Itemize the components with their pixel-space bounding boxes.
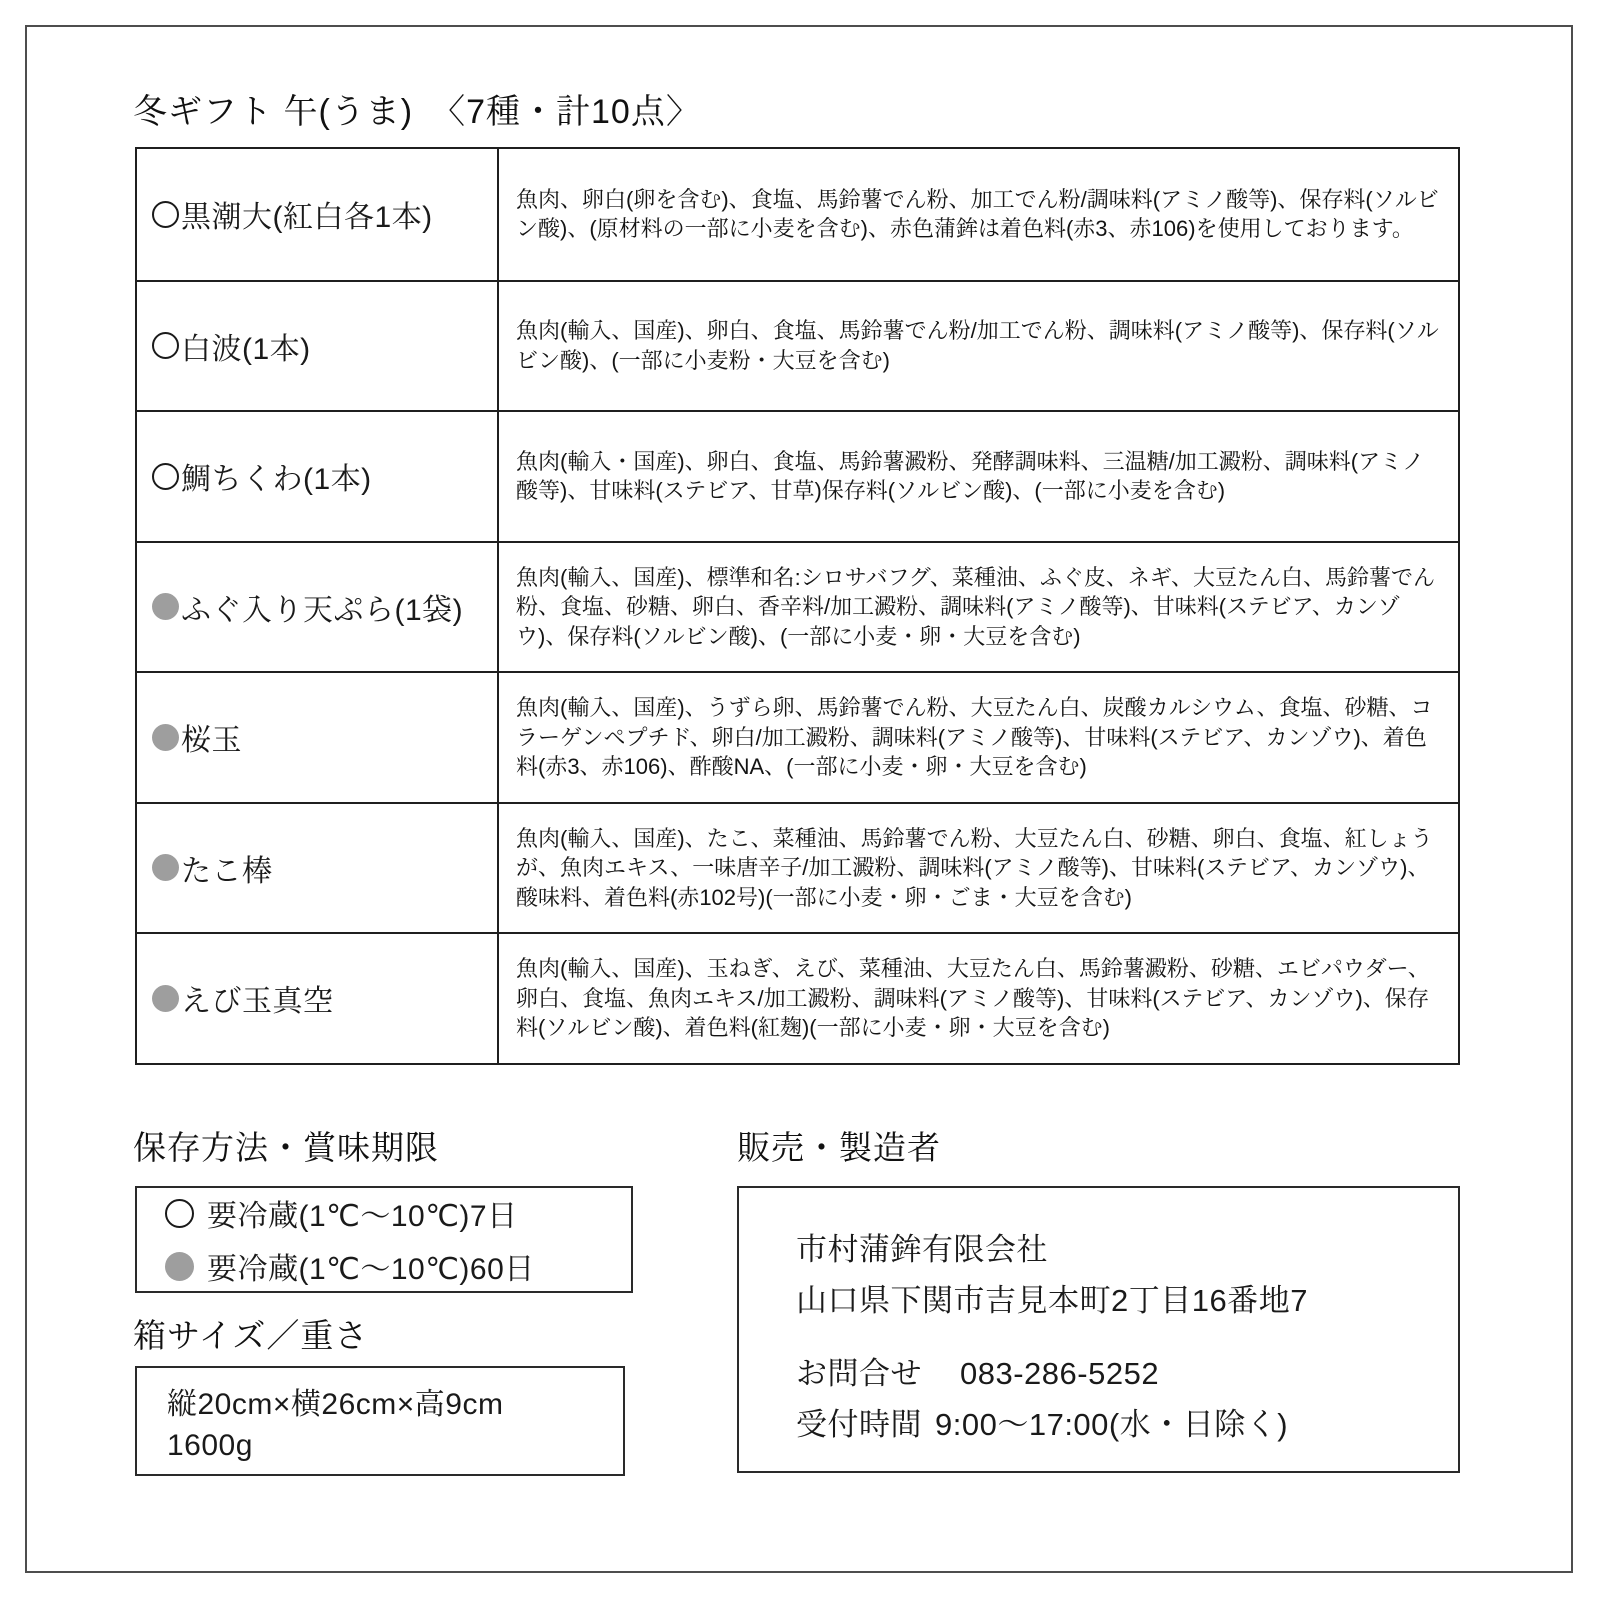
storage-type-bullet-icon	[152, 463, 179, 490]
storage-type-bullet-icon	[152, 201, 179, 228]
box-size-box: 縦20cm×横26cm×高9cm 1600g	[135, 1366, 625, 1476]
product-ingredients: 魚肉、卵白(卵を含む)、食塩、馬鈴薯でん粉、加工でん粉/調味料(アミノ酸等)、保…	[516, 185, 1442, 244]
product-name-cell: 鯛ちくわ(1本)	[137, 412, 497, 541]
product-table: 黒潮大(紅白各1本) 魚肉、卵白(卵を含む)、食塩、馬鈴薯でん粉、加工でん粉/調…	[135, 147, 1460, 1065]
product-ingredients-cell: 魚肉、卵白(卵を含む)、食塩、馬鈴薯でん粉、加工でん粉/調味料(アミノ酸等)、保…	[497, 149, 1458, 280]
product-ingredients-cell: 魚肉(輸入、国産)、玉ねぎ、えび、菜種油、大豆たん白、馬鈴薯澱粉、砂糖、エビパウ…	[497, 934, 1458, 1063]
product-ingredients: 魚肉(輸入、国産)、うずら卵、馬鈴薯でん粉、大豆たん白、炭酸カルシウム、食塩、砂…	[516, 693, 1442, 782]
contact-phone: 083-286-5252	[960, 1348, 1159, 1399]
product-name: えび玉真空	[181, 976, 334, 1020]
product-ingredients-cell: 魚肉(輸入、国産)、たこ、菜種油、馬鈴薯でん粉、大豆たん白、砂糖、卵白、食塩、紅…	[497, 804, 1458, 933]
table-row: 鯛ちくわ(1本) 魚肉(輸入・国産)、卵白、食塩、馬鈴薯澱粉、発酵調味料、三温糖…	[137, 410, 1458, 541]
contact-line: お問合せ 083-286-5252	[796, 1348, 1438, 1399]
table-row: 桜玉 魚肉(輸入、国産)、うずら卵、馬鈴薯でん粉、大豆たん白、炭酸カルシウム、食…	[137, 671, 1458, 802]
product-name-cell: えび玉真空	[137, 934, 497, 1063]
product-ingredients-cell: 魚肉(輸入、国産)、卵白、食塩、馬鈴薯でん粉/加工でん粉、調味料(アミノ酸等)、…	[497, 282, 1458, 411]
seller-section-heading: 販売・製造者	[737, 1122, 941, 1169]
product-name-cell: 白波(1本)	[137, 282, 497, 411]
hours-line: 受付時間 9:00〜17:00(水・日除く)	[796, 1399, 1438, 1450]
box-dimensions: 縦20cm×横26cm×高9cm	[167, 1379, 623, 1423]
storage-type-bullet-icon	[152, 985, 179, 1012]
product-name: ふぐ入り天ぷら(1袋)	[181, 585, 463, 629]
storage-item: 要冷蔵(1℃〜10℃)7日	[165, 1191, 631, 1235]
product-name: 白波(1本)	[181, 324, 311, 368]
refrigerated-7day-bullet-icon	[165, 1199, 194, 1228]
table-row: たこ棒 魚肉(輸入、国産)、たこ、菜種油、馬鈴薯でん粉、大豆たん白、砂糖、卵白、…	[137, 802, 1458, 933]
product-name-cell: ふぐ入り天ぷら(1袋)	[137, 543, 497, 672]
product-ingredients-cell: 魚肉(輸入・国産)、卵白、食塩、馬鈴薯澱粉、発酵調味料、三温糖/加工澱粉、調味料…	[497, 412, 1458, 541]
product-name-cell: 桜玉	[137, 673, 497, 802]
hours-label: 受付時間	[796, 1399, 922, 1450]
storage-box: 要冷蔵(1℃〜10℃)7日 要冷蔵(1℃〜10℃)60日	[135, 1186, 633, 1293]
company-name: 市村蒲鉾有限会社	[796, 1224, 1438, 1275]
product-name: 桜玉	[181, 715, 242, 759]
refrigerated-60day-bullet-icon	[165, 1252, 194, 1281]
product-ingredients: 魚肉(輸入、国産)、玉ねぎ、えび、菜種油、大豆たん白、馬鈴薯澱粉、砂糖、エビパウ…	[516, 954, 1442, 1043]
product-name-cell: 黒潮大(紅白各1本)	[137, 149, 497, 280]
table-row: 白波(1本) 魚肉(輸入、国産)、卵白、食塩、馬鈴薯でん粉/加工でん粉、調味料(…	[137, 280, 1458, 411]
table-row: ふぐ入り天ぷら(1袋) 魚肉(輸入、国産)、標準和名:シロサバフグ、菜種油、ふぐ…	[137, 541, 1458, 672]
product-ingredients: 魚肉(輸入、国産)、卵白、食塩、馬鈴薯でん粉/加工でん粉、調味料(アミノ酸等)、…	[516, 316, 1442, 375]
product-ingredients: 魚肉(輸入、国産)、たこ、菜種油、馬鈴薯でん粉、大豆たん白、砂糖、卵白、食塩、紅…	[516, 824, 1442, 913]
product-ingredients-cell: 魚肉(輸入、国産)、うずら卵、馬鈴薯でん粉、大豆たん白、炭酸カルシウム、食塩、砂…	[497, 673, 1458, 802]
product-ingredients: 魚肉(輸入・国産)、卵白、食塩、馬鈴薯澱粉、発酵調味料、三温糖/加工澱粉、調味料…	[516, 447, 1442, 506]
storage-item-text: 要冷蔵(1℃〜10℃)7日	[207, 1191, 518, 1235]
storage-item-text: 要冷蔵(1℃〜10℃)60日	[207, 1244, 535, 1288]
storage-type-bullet-icon	[152, 593, 179, 620]
table-row: 黒潮大(紅白各1本) 魚肉、卵白(卵を含む)、食塩、馬鈴薯でん粉、加工でん粉/調…	[137, 149, 1458, 280]
product-ingredients-cell: 魚肉(輸入、国産)、標準和名:シロサバフグ、菜種油、ふぐ皮、ネギ、大豆たん白、馬…	[497, 543, 1458, 672]
product-name-cell: たこ棒	[137, 804, 497, 933]
storage-type-bullet-icon	[152, 724, 179, 751]
box-weight: 1600g	[167, 1429, 623, 1463]
page-title: 冬ギフト 午(うま) 〈7種・計10点〉	[133, 84, 701, 133]
box-size-heading: 箱サイズ／重さ	[133, 1310, 368, 1357]
storage-item: 要冷蔵(1℃〜10℃)60日	[165, 1244, 631, 1288]
contact-label: お問合せ	[796, 1348, 922, 1399]
product-name: 黒潮大(紅白各1本)	[181, 192, 433, 236]
product-name: たこ棒	[181, 846, 273, 890]
storage-type-bullet-icon	[152, 854, 179, 881]
product-ingredients: 魚肉(輸入、国産)、標準和名:シロサバフグ、菜種油、ふぐ皮、ネギ、大豆たん白、馬…	[516, 563, 1442, 652]
storage-type-bullet-icon	[152, 332, 179, 359]
product-name: 鯛ちくわ(1本)	[181, 454, 372, 498]
storage-section-heading: 保存方法・賞味期限	[133, 1122, 439, 1169]
table-row: えび玉真空 魚肉(輸入、国産)、玉ねぎ、えび、菜種油、大豆たん白、馬鈴薯澱粉、砂…	[137, 932, 1458, 1063]
hours-value: 9:00〜17:00(水・日除く)	[935, 1399, 1288, 1450]
company-address: 山口県下関市吉見本町2丁目16番地7	[796, 1275, 1438, 1326]
seller-box: 市村蒲鉾有限会社 山口県下関市吉見本町2丁目16番地7 お問合せ 083-286…	[737, 1186, 1460, 1473]
